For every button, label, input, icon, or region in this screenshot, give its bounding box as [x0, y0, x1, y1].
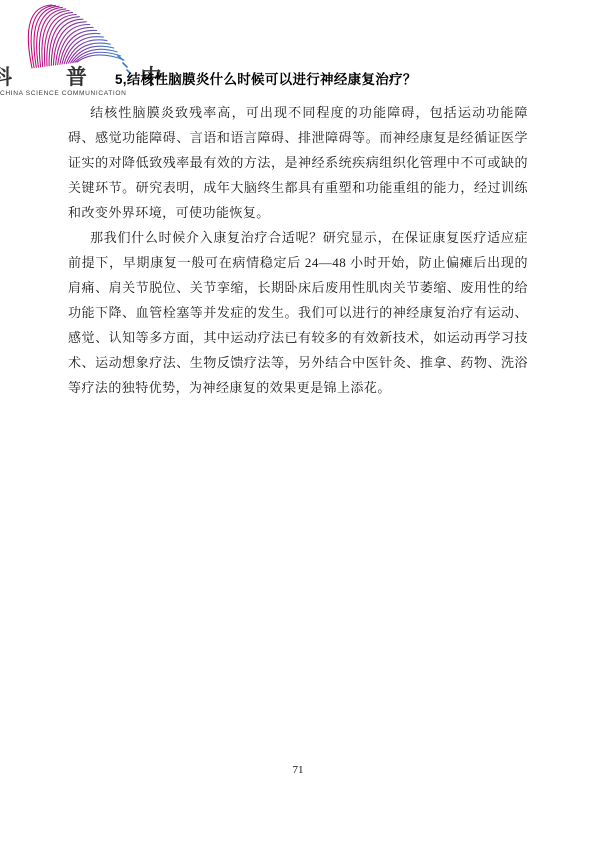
document-body: 结核性脑膜炎致残率高，可出现不同程度的功能障碍，包括运动功能障碍、感觉功能障碍、… — [68, 100, 528, 400]
page-number: 71 — [0, 764, 596, 776]
brand-logo-en-text: CHINA SCIENCE COMMUNICATION — [0, 90, 127, 97]
body-paragraph-1: 结核性脑膜炎致残率高，可出现不同程度的功能障碍，包括运动功能障碍、感觉功能障碍、… — [68, 100, 528, 225]
document-page: 科 普 中 CHINA SCIENCE COMMUNICATION 5,结核性脑… — [0, 0, 596, 842]
page-title: 5,结核性脑膜炎什么时候可以进行神经康复治疗？ — [115, 68, 545, 88]
body-paragraph-2: 那我们什么时候介入康复治疗合适呢？研究显示，在保证康复医疗适应症前提下，早期康复… — [68, 225, 528, 400]
brand-logo: 科 普 中 CHINA SCIENCE COMMUNICATION — [0, 0, 200, 104]
